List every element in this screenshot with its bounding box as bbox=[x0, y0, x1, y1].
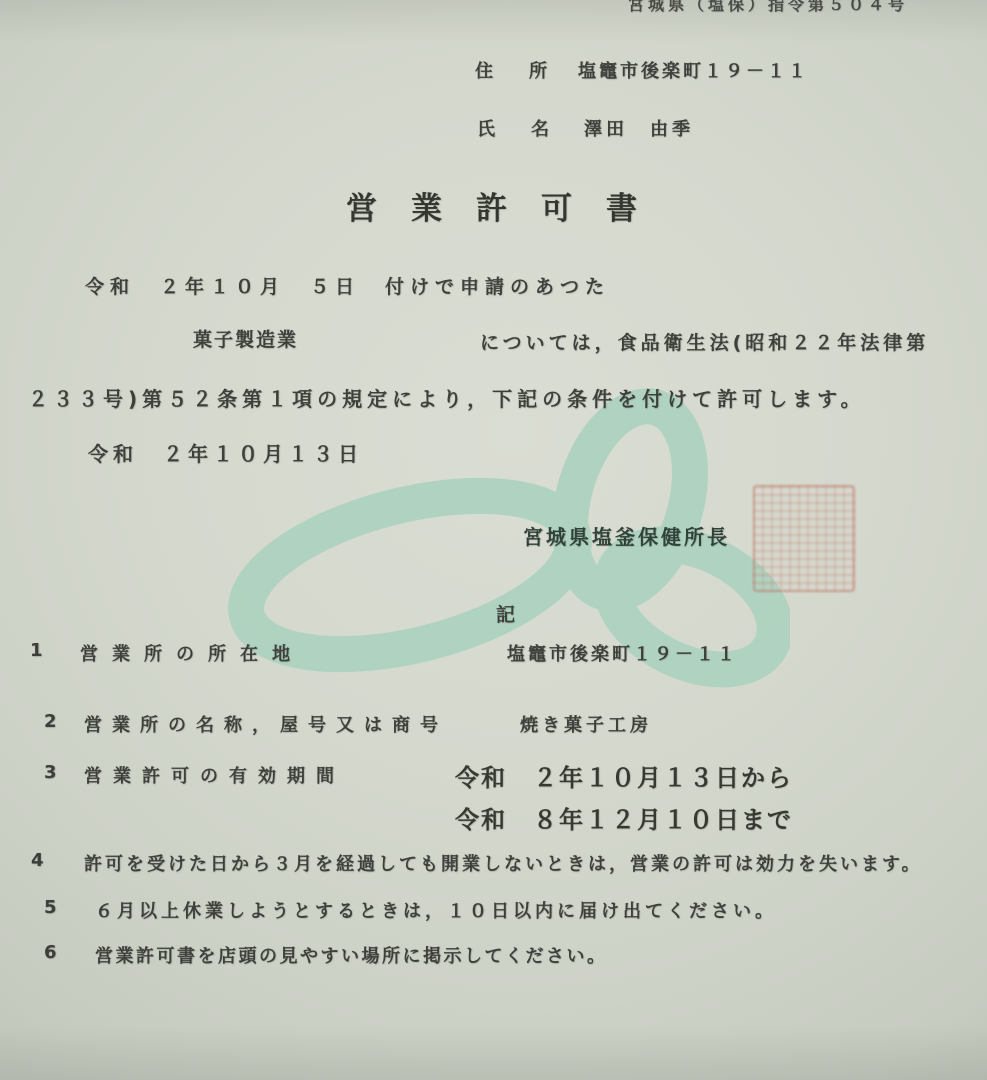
name-label: 氏 名 bbox=[477, 119, 558, 140]
item-value: 塩竈市後楽町１９－１１ bbox=[507, 640, 738, 666]
address-value: 塩竈市後楽町１９－１１ bbox=[578, 61, 809, 82]
condition-text: ６月以上休業しようとするときは，１０日以内に届け出てください。 bbox=[95, 897, 777, 923]
law-reference-line-2: ２３３号)第５２条第１項の規定により，下記の条件を付けて許可します。 bbox=[28, 383, 866, 412]
name-value: 澤田 由季 bbox=[584, 119, 694, 140]
business-permit-document: 宮城県（塩保）指令第５０４号 住 所塩竈市後楽町１９－１１ 氏 名澤田 由季 営… bbox=[0, 0, 987, 1080]
law-reference-line-1: については，食品衛生法(昭和２２年法律第 bbox=[480, 328, 929, 355]
validity-to: 令和 ８年１２月１０日まで bbox=[455, 800, 793, 835]
permit-number: 宮城県（塩保）指令第５０４号 bbox=[628, 0, 908, 15]
address-row: 住 所塩竈市後楽町１９－１１ bbox=[475, 57, 809, 83]
item-value: 焼き菓子工房 bbox=[520, 711, 652, 737]
item-label: 営業許可の有効期間 bbox=[84, 762, 345, 788]
issue-date: 令和 ２年１０月１３日 bbox=[88, 438, 363, 467]
issuing-authority: 宮城県塩釜保健所長 bbox=[523, 521, 730, 550]
item-number: 2 bbox=[44, 711, 57, 732]
item-number: 3 bbox=[44, 762, 57, 783]
address-label: 住 所 bbox=[475, 61, 556, 82]
item-number: 1 bbox=[30, 640, 43, 661]
item-label: 営業所の所在地 bbox=[80, 640, 304, 666]
condition-text: 許可を受けた日から３月を経過しても開業しないときは，営業の許可は効力を失います。 bbox=[84, 850, 923, 876]
validity-from: 令和 ２年１０月１３日から bbox=[455, 758, 793, 793]
item-number: 5 bbox=[44, 897, 57, 918]
item-label: 営業所の名称，屋号又は商号 bbox=[84, 711, 448, 737]
application-date-line: 令和 ２年１０月 ５日 付けで申請のあつた bbox=[85, 272, 610, 299]
item-number: 6 bbox=[44, 942, 57, 963]
condition-text: 営業許可書を店頭の見やすい場所に掲示してください。 bbox=[95, 942, 608, 968]
ki-heading: 記 bbox=[0, 600, 987, 627]
business-type: 菓子製造業 bbox=[193, 325, 298, 352]
name-row: 氏 名澤田 由季 bbox=[477, 115, 694, 141]
item-number: 4 bbox=[31, 850, 44, 871]
document-title: 営業許可書 bbox=[0, 183, 987, 228]
official-seal-stamp bbox=[753, 485, 855, 592]
